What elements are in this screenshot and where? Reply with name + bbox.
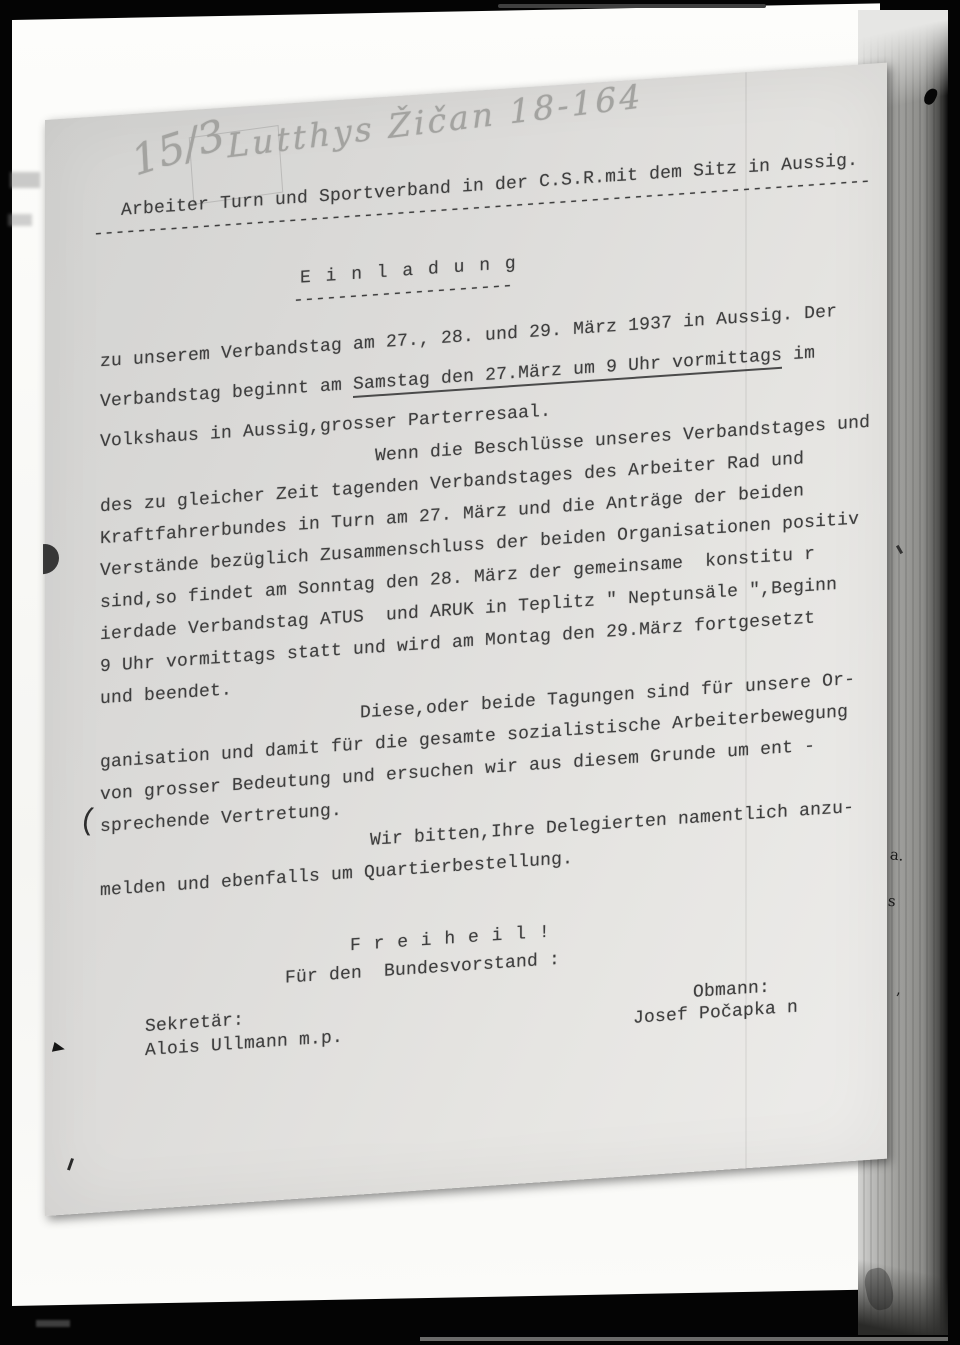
photo-bottom-edge-line xyxy=(420,1337,948,1341)
margin-tick-mark xyxy=(67,1158,74,1170)
print-offset-smudge xyxy=(10,172,40,188)
closing-on-behalf-line: Für den Bundesvorstand : xyxy=(285,949,560,990)
page-crease xyxy=(745,72,747,1168)
bottom-smudge xyxy=(36,1320,70,1327)
body-line: Wir bitten,Ihre Delegierten namentlich a… xyxy=(370,797,854,853)
page-edge-sliver xyxy=(498,4,766,8)
body-line-segment: Verbandstag beginnt am xyxy=(100,375,353,412)
typed-letter-page: 15/3 Lutthys Žičan 18-164 Arbeiter Turn … xyxy=(45,63,887,1216)
spine-ink-mark: , xyxy=(896,980,901,998)
punch-hole-shadow xyxy=(43,543,59,574)
stray-ink-paren: ( xyxy=(77,804,100,839)
body-line: und beendet. xyxy=(100,679,232,711)
body-line: melden und ebenfalls um Quartierbestellu… xyxy=(100,848,573,903)
spine-ink-letter: a. xyxy=(889,845,905,864)
body-line-segment: im xyxy=(782,343,815,365)
archival-photo-frame: a. s , 15/3 Lutthys Žičan 18-164 Arbeite… xyxy=(0,0,960,1345)
print-offset-smudge xyxy=(8,214,32,226)
underlined-date-time: Samstag den 27.März um 9 Uhr vormittags xyxy=(353,346,782,398)
margin-arrow-mark xyxy=(52,1042,66,1054)
spine-ink-letter: s xyxy=(887,892,896,910)
obmann-name: Josef Počapka n xyxy=(633,997,798,1031)
body-line: sprechende Vertretung. xyxy=(100,800,342,839)
